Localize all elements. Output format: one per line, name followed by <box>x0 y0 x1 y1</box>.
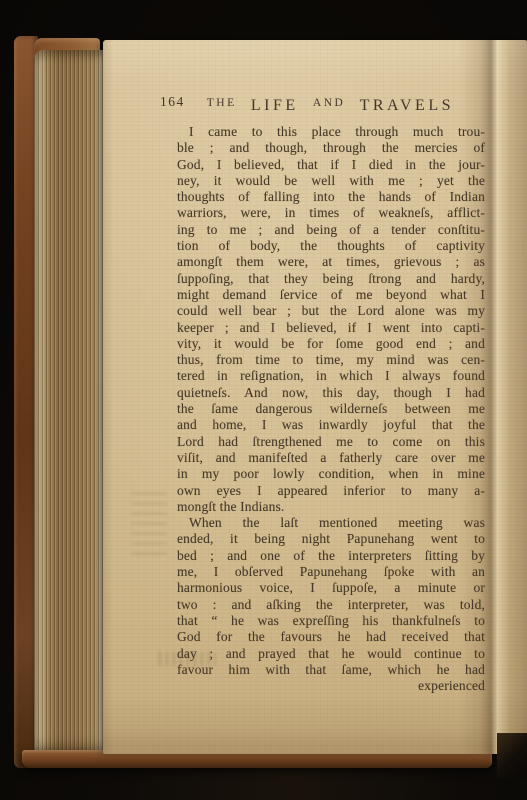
text-line: vity, it would be for ſome good end ; an… <box>177 336 485 352</box>
text-line: might demand ſervice of me beyond what I <box>177 287 485 303</box>
text-line: thus, from time to time, my mind was cen… <box>177 352 485 368</box>
text-line: bed ; and one of the interpreters ſittin… <box>177 548 485 564</box>
page-number: 164 <box>160 94 185 110</box>
text-line: tion of body, the thoughts of captivity <box>177 238 485 254</box>
book-page-edges <box>34 50 106 756</box>
text-line: mongſt the Indians. <box>177 499 485 515</box>
text-line: and home, I was inwardly joyful that the <box>177 417 485 433</box>
text-line: viſit, and manifeſted a fatherly care ov… <box>177 450 485 466</box>
text-line: ble ; and though, through the mercies of <box>177 140 485 156</box>
running-header: 164 THELIFEANDTRAVELS <box>160 94 454 115</box>
header-title: THELIFEANDTRAVELS <box>207 97 454 115</box>
text-line: me, I obſerved Papunehang ſpoke with an <box>177 564 485 580</box>
header-title-word: LIFE <box>251 97 299 115</box>
text-line: the ſame dangerous wilderneſs between me <box>177 401 485 417</box>
header-title-word: TRAVELS <box>360 97 454 115</box>
text-line: I came to this place through much trou- <box>177 124 485 140</box>
text-line: two : and aſking the interpreter, was to… <box>177 597 485 613</box>
show-through-smudge <box>131 492 167 556</box>
text-line: could well bear ; but the Lord alone was… <box>177 303 485 319</box>
text-line: God, I believed, that if I died in the j… <box>177 157 485 173</box>
text-line: warriors, were, in times of weakneſs, af… <box>177 205 485 221</box>
text-line: ing to me ; and being of a tender conſti… <box>177 222 485 238</box>
book-photograph: 164 THELIFEANDTRAVELS I came to this pla… <box>0 0 527 800</box>
text-line: amongſt them were, at times, grievous ; … <box>177 254 485 270</box>
header-title-word: THE <box>207 97 237 115</box>
body-text: I came to this place through much trou-b… <box>177 124 485 694</box>
text-line: ſuppoſing, that they being ſtrong and ha… <box>177 271 485 287</box>
text-line: that “ he was expreſſing his thankfulneſ… <box>177 613 485 629</box>
text-line: own eyes I appeared inferior to many a- <box>177 483 485 499</box>
text-line: When the laſt mentioned meeting was <box>177 515 485 531</box>
text-line: experienced <box>177 678 485 694</box>
background-corner-shadow <box>497 733 527 778</box>
text-line: ney, it would be well with me ; yet the <box>177 173 485 189</box>
text-line: day ; and prayed that he would continue … <box>177 646 485 662</box>
text-line: tered in reſignation, in which I always … <box>177 368 485 384</box>
text-line: quietneſs. And now, this day, though I h… <box>177 385 485 401</box>
header-title-word: AND <box>313 97 345 115</box>
text-line: Lord had ſtrengthened me to come on this <box>177 434 485 450</box>
text-line: favour him with that ſame, which he had <box>177 662 485 678</box>
text-line: keeper ; and I believed, if I went into … <box>177 320 485 336</box>
text-line: harmonious voice, I ſuppoſe, a minute or <box>177 580 485 596</box>
text-line: in my poor lowly condition, when in mine <box>177 466 485 482</box>
text-line: thoughts of falling into the hands of In… <box>177 189 485 205</box>
book-page: 164 THELIFEANDTRAVELS I came to this pla… <box>103 40 527 754</box>
text-line: God for the favours he had received that <box>177 629 485 645</box>
text-line: ended, it being night Papunehang went to <box>177 531 485 547</box>
